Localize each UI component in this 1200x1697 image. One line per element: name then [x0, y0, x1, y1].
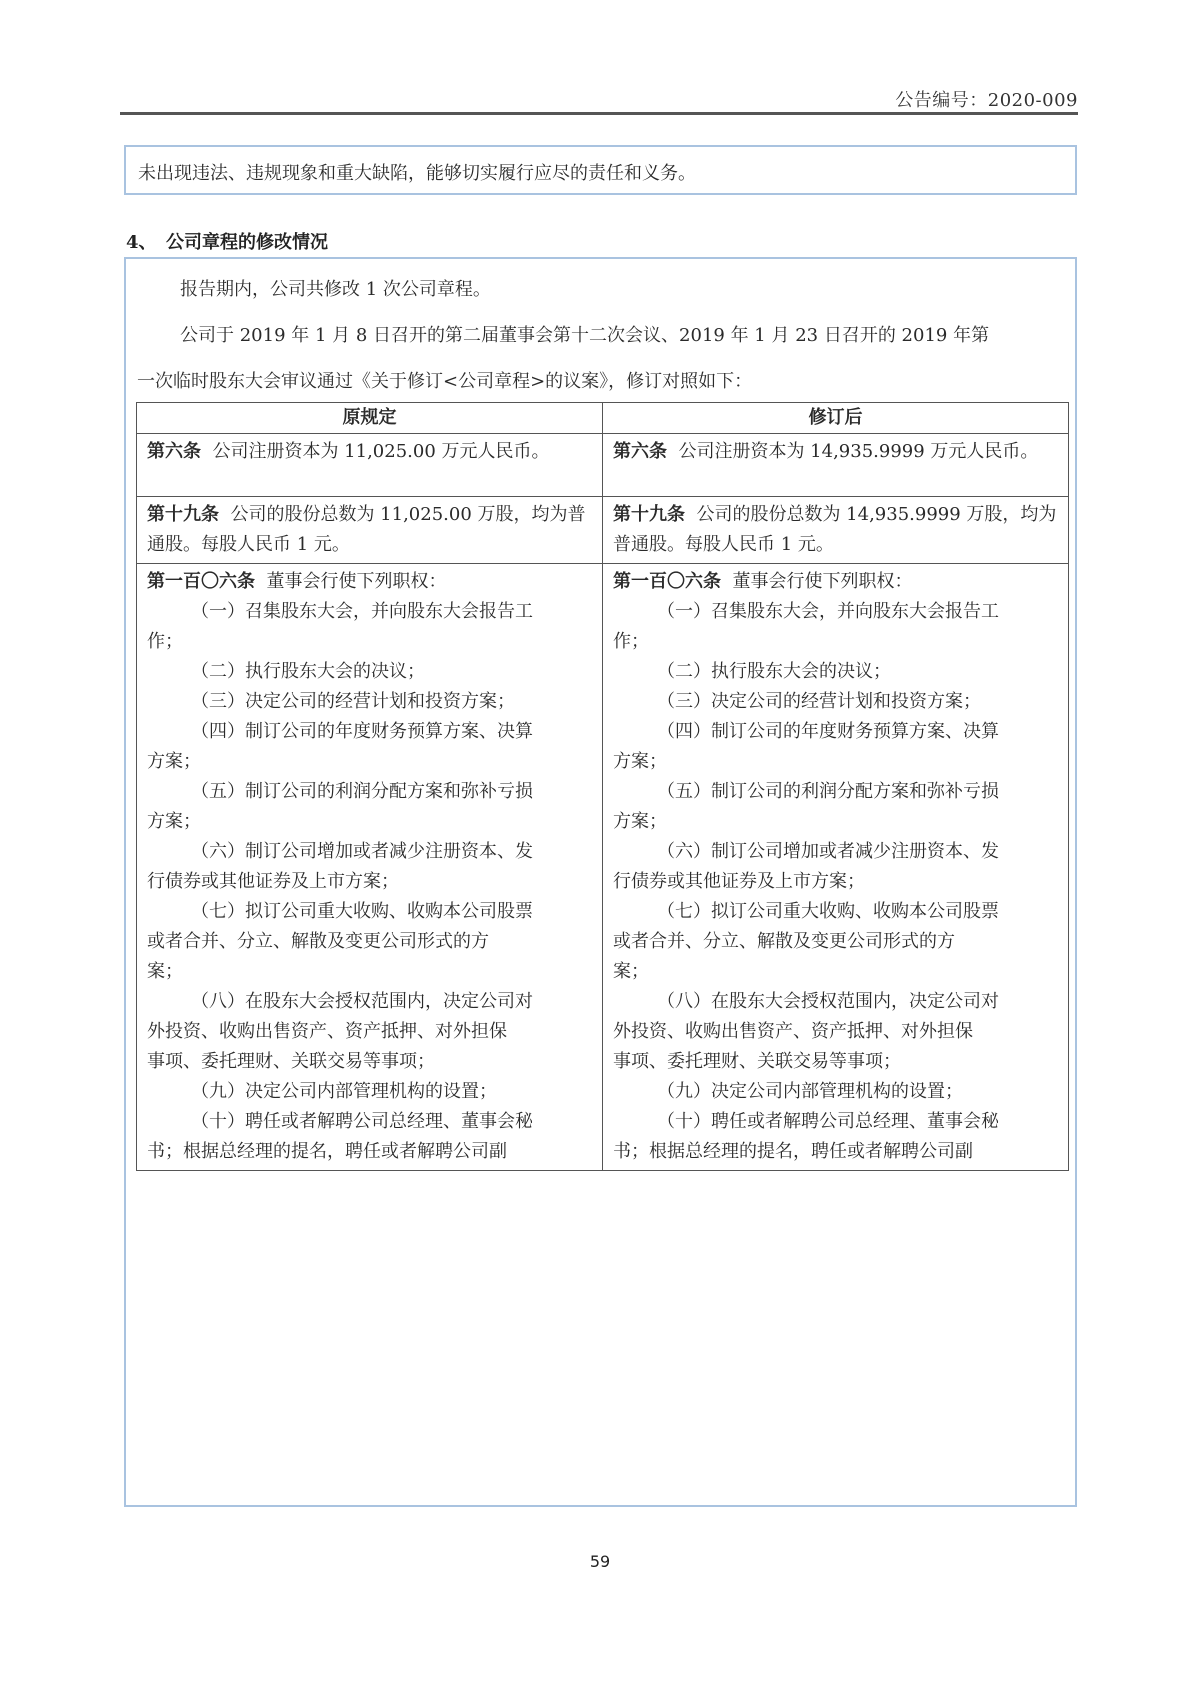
duty-line: （五）制订公司的利润分配方案和弥补亏损 — [613, 777, 1058, 807]
duty-line: （四）制订公司的年度财务预算方案、决算 — [613, 717, 1058, 747]
column-header-revised: 修订后 — [603, 403, 1069, 434]
article-text: 公司注册资本为 11,025.00 万元人民币。 — [212, 441, 549, 462]
duty-line: （七）拟订公司重大收购、收购本公司股票 — [613, 897, 1058, 927]
page-number: 59 — [0, 1552, 1200, 1571]
duty-line: （三）决定公司的经营计划和投资方案； — [613, 687, 1058, 717]
duty-line: （八）在股东大会授权范围内，决定公司对 — [613, 987, 1058, 1017]
article-text: 公司注册资本为 14,935.9999 万元人民币。 — [678, 441, 1038, 462]
duty-line: （六）制订公司增加或者减少注册资本、发 — [613, 837, 1058, 867]
paragraph-meeting-line2: 一次临时股东大会审议通过《关于修订<公司章程>的议案》，修订对照如下： — [137, 367, 752, 393]
duty-line: （八）在股东大会授权范围内，决定公司对 — [147, 987, 592, 1017]
duty-line: 外投资、收购出售资产、资产抵押、对外担保 — [147, 1017, 592, 1047]
duty-line: 外投资、收购出售资产、资产抵押、对外担保 — [613, 1017, 1058, 1047]
article-label: 第一百〇六条 — [613, 571, 721, 592]
table-header-row: 原规定 修订后 — [137, 403, 1069, 434]
table-row: 第一百〇六条 董事会行使下列职权： （一）召集股东大会，并向股东大会报告工作；（… — [137, 564, 1069, 1171]
table-row: 第十九条 公司的股份总数为 11,025.00 万股，均为普通股。每股人民币 1… — [137, 497, 1069, 564]
duty-line: 行债券或其他证券及上市方案； — [613, 867, 1058, 897]
cell-original: 第一百〇六条 董事会行使下列职权： （一）召集股东大会，并向股东大会报告工作；（… — [137, 564, 603, 1171]
article-intro: 董事会行使下列职权： — [266, 571, 446, 592]
duty-line: 方案； — [147, 747, 592, 777]
duty-line: 案； — [147, 957, 592, 987]
cell-original: 第十九条 公司的股份总数为 11,025.00 万股，均为普通股。每股人民币 1… — [137, 497, 603, 564]
cell-revised: 第一百〇六条 董事会行使下列职权： （一）召集股东大会，并向股东大会报告工作；（… — [603, 564, 1069, 1171]
duty-line: 书；根据总经理的提名，聘任或者解聘公司副 — [613, 1137, 1058, 1167]
cell-revised: 第六条 公司注册资本为 14,935.9999 万元人民币。 — [603, 434, 1069, 497]
duty-line: （九）决定公司内部管理机构的设置； — [613, 1077, 1058, 1107]
duty-line: （十）聘任或者解聘公司总经理、董事会秘 — [613, 1107, 1058, 1137]
duty-line: （四）制订公司的年度财务预算方案、决算 — [147, 717, 592, 747]
duty-line: （一）召集股东大会，并向股东大会报告工 — [613, 597, 1058, 627]
duty-line: （二）执行股东大会的决议； — [147, 657, 592, 687]
duty-line: 行债券或其他证券及上市方案； — [147, 867, 592, 897]
comparison-table: 原规定 修订后 第六条 公司注册资本为 11,025.00 万元人民币。 第六条… — [136, 402, 1069, 1171]
duty-line: 方案； — [613, 807, 1058, 837]
table-row: 第六条 公司注册资本为 11,025.00 万元人民币。 第六条 公司注册资本为… — [137, 434, 1069, 497]
continued-text-box: 未出现违法、违规现象和重大缺陷，能够切实履行应尽的责任和义务。 — [124, 145, 1077, 195]
charter-amendment-box: 报告期内，公司共修改 1 次公司章程。 公司于 2019 年 1 月 8 日召开… — [124, 257, 1077, 1507]
duties-list-revised: （一）召集股东大会，并向股东大会报告工作；（二）执行股东大会的决议；（三）决定公… — [613, 597, 1058, 1167]
header-rule — [120, 112, 1078, 115]
cell-original: 第六条 公司注册资本为 11,025.00 万元人民币。 — [137, 434, 603, 497]
article-label: 第六条 — [613, 441, 667, 462]
duty-line: （二）执行股东大会的决议； — [613, 657, 1058, 687]
article-intro: 董事会行使下列职权： — [732, 571, 912, 592]
duty-line: 或者合并、分立、解散及变更公司形式的方 — [613, 927, 1058, 957]
duty-line: 作； — [613, 627, 1058, 657]
paragraph-meeting-line1: 公司于 2019 年 1 月 8 日召开的第二届董事会第十二次会议、2019 年… — [180, 321, 989, 347]
duty-line: 方案； — [613, 747, 1058, 777]
article-heading-line: 第一百〇六条 董事会行使下列职权： — [613, 567, 1058, 597]
article-label: 第六条 — [147, 441, 201, 462]
cell-revised: 第十九条 公司的股份总数为 14,935.9999 万股，均为普通股。每股人民币… — [603, 497, 1069, 564]
duty-line: （五）制订公司的利润分配方案和弥补亏损 — [147, 777, 592, 807]
article-label: 第十九条 — [147, 504, 219, 525]
article-label: 第一百〇六条 — [147, 571, 255, 592]
continued-text: 未出现违法、违规现象和重大缺陷，能够切实履行应尽的责任和义务。 — [138, 159, 696, 185]
duty-line: （十）聘任或者解聘公司总经理、董事会秘 — [147, 1107, 592, 1137]
duty-line: 事项、委托理财、关联交易等事项； — [147, 1047, 592, 1077]
section-title: 公司章程的修改情况 — [166, 232, 328, 253]
duties-list-original: （一）召集股东大会，并向股东大会报告工作；（二）执行股东大会的决议；（三）决定公… — [147, 597, 592, 1167]
duty-line: 书；根据总经理的提名，聘任或者解聘公司副 — [147, 1137, 592, 1167]
announcement-number: 公告编号：2020-009 — [895, 86, 1078, 112]
duty-line: 作； — [147, 627, 592, 657]
duty-line: （六）制订公司增加或者减少注册资本、发 — [147, 837, 592, 867]
paragraph-summary: 报告期内，公司共修改 1 次公司章程。 — [180, 275, 491, 301]
duty-line: （七）拟订公司重大收购、收购本公司股票 — [147, 897, 592, 927]
article-label: 第十九条 — [613, 504, 685, 525]
duty-line: 方案； — [147, 807, 592, 837]
duty-line: 或者合并、分立、解散及变更公司形式的方 — [147, 927, 592, 957]
duty-line: 事项、委托理财、关联交易等事项； — [613, 1047, 1058, 1077]
duty-line: （三）决定公司的经营计划和投资方案； — [147, 687, 592, 717]
duty-line: （九）决定公司内部管理机构的设置； — [147, 1077, 592, 1107]
column-header-original: 原规定 — [137, 403, 603, 434]
duty-line: 案； — [613, 957, 1058, 987]
section-heading: 4、公司章程的修改情况 — [126, 228, 328, 254]
article-heading-line: 第一百〇六条 董事会行使下列职权： — [147, 567, 592, 597]
section-number: 4、 — [126, 228, 166, 254]
duty-line: （一）召集股东大会，并向股东大会报告工 — [147, 597, 592, 627]
